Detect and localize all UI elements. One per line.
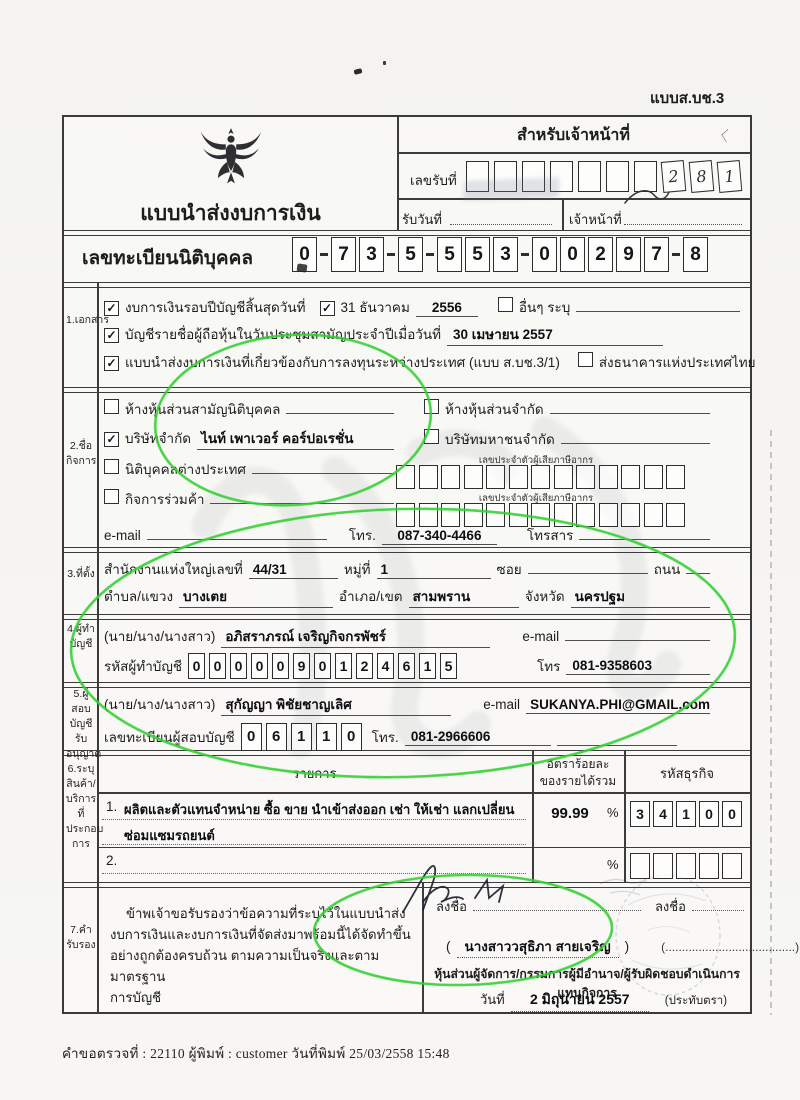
stray-pen-mark: 〈	[713, 124, 730, 146]
digit-box: 2	[356, 653, 373, 679]
digit-box: 5	[465, 237, 490, 272]
province-value: นครปฐม	[571, 585, 710, 608]
digit-box: 0	[532, 237, 557, 272]
s6-r1-pct-value: 99.99	[542, 805, 598, 822]
reg-group: 5	[398, 237, 426, 272]
digit-box	[722, 853, 742, 879]
reg-group: 8	[683, 237, 711, 272]
scan-edge-artifact	[770, 430, 772, 1015]
checkbox-other	[498, 297, 513, 312]
digit-box: 4	[653, 801, 673, 827]
certification-statement: ข้าพเจ้าขอรับรองว่าข้อความที่ระบุไว้ในแบ…	[110, 903, 412, 1008]
head-office-label: สำนักงานแห่งใหญ่เลขที่	[104, 558, 243, 580]
s2-left-row1: ห้างหุ้นส่วนสามัญนิติบุคคล	[104, 397, 394, 420]
digit-box: 1	[419, 653, 436, 679]
divider	[64, 230, 750, 236]
s6-r1-desc1: ผลิตและตัวแทนจำหน่าย ซื้อ ขาย นำเข้าส่งอ…	[124, 799, 514, 820]
officer-label: เจ้าหน้าที่	[569, 209, 622, 230]
digit-box: 6	[266, 723, 287, 751]
checkbox-public-company	[424, 429, 439, 444]
col-header-code: รหัสธุรกิจ	[624, 763, 750, 784]
digit-box: 0	[341, 723, 362, 751]
s1-row2: ✓ บัญชีรายชื่อผู้ถือหุ้นในวันประชุมสามัญ…	[104, 323, 740, 346]
divider	[397, 198, 750, 200]
soi-label: ซอย	[497, 558, 522, 580]
s2-left-row3: นิติบุคคลต่างประเทศ	[104, 457, 394, 480]
sign-line-2	[692, 895, 744, 911]
col-header-pct2: ของรายได้รวม	[532, 772, 624, 791]
col-header-item: รายการ	[97, 763, 532, 784]
fiscal-year-value: 2556	[416, 300, 478, 317]
tel-label: โทร	[537, 655, 560, 677]
email-label: e-mail	[104, 528, 141, 543]
digit-box: 1	[335, 653, 352, 679]
digit-box: 1	[316, 723, 337, 751]
s2-left-row2: ✓ บริษัทจำกัด ไนท์ เพาเวอร์ คอร์ปอเรชั่น	[104, 427, 394, 450]
stamp-note: (ประทับตรา)	[665, 992, 727, 1010]
digit-box: 3	[493, 237, 518, 272]
s5-row2: เลขทะเบียนผู้สอบบัญชี 06110 โทร. 081-296…	[104, 723, 710, 751]
dash	[672, 253, 680, 255]
s2-left-row4: กิจการร่วมค้า	[104, 487, 394, 510]
officer-signature	[622, 185, 672, 207]
digit-box: 9	[616, 237, 641, 272]
digit-box: 0	[314, 653, 331, 679]
dotted-line	[102, 844, 526, 845]
digit-box: 5	[440, 653, 457, 679]
s2-l2-text: บริษัทจำกัด	[125, 427, 191, 449]
checkbox-financial-statement: ✓	[104, 301, 119, 316]
s2-l1-line	[286, 397, 394, 414]
paren-close: )	[625, 939, 630, 954]
digit-box	[621, 465, 640, 489]
form-code: แบบส.บช.3	[650, 86, 724, 110]
tel-label: โทร.	[349, 524, 376, 546]
dash	[426, 253, 434, 255]
section4-label: 4.ผู้ทำ บัญชี	[66, 622, 96, 652]
bookkeeper-name-value: อภิสราภรณ์ เจริญกิจกรพัชร์	[221, 625, 490, 648]
tambon-label: ตำบล/แขวง	[104, 585, 173, 607]
auditor-reg-label: เลขทะเบียนผู้สอบบัญชี	[104, 726, 235, 748]
s6-r2-code-boxes	[630, 853, 745, 879]
receipt-no-label: เลขรับที่	[410, 169, 457, 191]
auditor-email-value: SUKANYA.PHI@GMAIL.com	[526, 697, 710, 714]
tel-label: โทร.	[372, 726, 399, 748]
divider	[97, 847, 750, 848]
checkbox-sbc31-form: ✓	[104, 356, 119, 371]
digit-box	[653, 853, 673, 879]
s2-l1-text: ห้างหุ้นส่วนสามัญนิติบุคคล	[125, 398, 280, 420]
email-line	[147, 523, 327, 540]
digit-box: 5	[437, 237, 462, 272]
checkbox-foreign-juristic	[104, 459, 119, 474]
digit-box: 2	[588, 237, 613, 272]
digit-box: 8	[689, 160, 715, 193]
checkbox-shareholder-list: ✓	[104, 328, 119, 343]
digit-box: 5	[398, 237, 423, 272]
dash	[521, 253, 529, 255]
s1-row1: ✓ งบการเงินรอบปีบัญชีสิ้นสุดวันที่ ✓ 31 …	[104, 295, 740, 318]
amphoe-value: สามพราน	[409, 585, 519, 608]
moo-value: 1	[377, 562, 491, 579]
digit-box	[599, 465, 618, 489]
soi-line	[528, 557, 648, 574]
s2-l4-line	[210, 487, 394, 504]
s2-r2-text: บริษัทมหาชนจำกัด	[445, 428, 555, 450]
digit-box: 0	[251, 653, 268, 679]
s7-date-row: วันที่ 2 มิถุนายน 2557 (ประทับตรา)	[480, 989, 744, 1012]
bookkeeper-tel-value: 081-9358603	[566, 658, 710, 675]
trailing-line	[557, 729, 677, 746]
s1-r1-text2: 31 ธันวาคม	[341, 296, 410, 318]
digit-box	[576, 465, 595, 489]
tax-id-boxes-1	[396, 465, 689, 489]
date-label: วันที่	[480, 989, 505, 1010]
print-footer: คำขอตรวจที่ : 22110 ผู้พิมพ์ : customer …	[62, 1042, 450, 1064]
tel-value: 087-340-4466	[382, 528, 497, 545]
road-label: ถนน	[654, 558, 681, 580]
registration-number: 0 73 5 553 00297 8	[292, 237, 711, 272]
dash	[387, 253, 395, 255]
s2-r2-line	[561, 427, 710, 444]
digit-box: 8	[683, 237, 708, 272]
digit-box	[699, 853, 719, 879]
digit-box	[441, 465, 460, 489]
checkbox-dec31: ✓	[320, 301, 335, 316]
road-line	[686, 557, 710, 574]
s2-l3-line	[252, 457, 394, 474]
s1-r2-text: บัญชีรายชื่อผู้ถือหุ้นในวันประชุมสามัญปร…	[125, 323, 441, 345]
digit-box	[666, 465, 685, 489]
digit-box: 0	[241, 723, 262, 751]
email-label: e-mail	[483, 697, 520, 712]
company-name-value: ไนท์ เพาเวอร์ คอร์ปอเรชั่น	[197, 427, 394, 450]
digit-box: 7	[331, 237, 356, 272]
s6-r1-code-boxes: 34100	[630, 801, 745, 827]
s5-row1: (นาย/นาง/นางสาว) สุกัญญา พิชัยชาญเลิศ e-…	[104, 693, 710, 716]
s6-r2-no: 2.	[106, 853, 117, 868]
digit-box: 0	[230, 653, 247, 679]
digit-box	[676, 853, 696, 879]
digit-box: 4	[377, 653, 394, 679]
auditor-reg-boxes: 06110	[241, 723, 366, 751]
s1-r1-text3: อื่นๆ ระบุ	[519, 296, 570, 318]
s2-r1-line	[550, 397, 710, 414]
date-value: 2 มิถุนายน 2557	[511, 989, 649, 1012]
auditor-name-value: สุกัญญา พิชัยชาญเลิศ	[221, 693, 451, 716]
officer-sign-line	[624, 209, 742, 225]
bookkeeper-code-boxes: 0000090124615	[188, 653, 461, 679]
registration-label: เลขทะเบียนนิติบุคคล	[82, 243, 253, 273]
digit-box: 0	[188, 653, 205, 679]
s3-row2: ตำบล/แขวง บางเตย อำเภอ/เขต สามพราน จังหว…	[104, 585, 710, 608]
checkbox-registered-partnership	[104, 399, 119, 414]
address-no-value: 44/31	[249, 562, 338, 579]
digit-box	[531, 465, 550, 489]
receive-date-label: รับวันที่	[402, 209, 442, 230]
for-officer-label: สำหรับเจ้าหน้าที่	[397, 123, 750, 148]
ink-blot	[296, 263, 307, 272]
pct-sign: %	[607, 805, 619, 820]
dash	[320, 253, 328, 255]
blank-paren: (.......................................…	[661, 940, 799, 954]
faint-stamp	[463, 177, 561, 200]
section3-label: 3.ที่ตั้ง	[66, 567, 96, 582]
auditor-tel-value: 081-2966606	[405, 729, 551, 746]
digit-box: 0	[272, 653, 289, 679]
province-label: จังหวัด	[525, 585, 565, 607]
digit-box	[396, 465, 415, 489]
digit-box: 0	[722, 801, 742, 827]
checkbox-send-bot	[578, 352, 593, 367]
name-prefix: (นาย/นาง/นางสาว)	[104, 693, 215, 715]
pct-sign: %	[607, 857, 619, 872]
section7-label: 7.คำ รับรอง	[66, 923, 96, 953]
digit-box: 6	[398, 653, 415, 679]
digit-box	[464, 465, 483, 489]
scan-speck	[353, 68, 362, 75]
s2-right-row1: ห้างหุ้นส่วนจำกัด	[424, 397, 710, 420]
s3-row1: สำนักงานแห่งใหญ่เลขที่ 44/31 หมู่ที่ 1 ซ…	[104, 557, 710, 580]
s4-row2: รหัสผู้ทำบัญชี 0000090124615 โทร 081-935…	[104, 653, 710, 679]
section1-label: 1.เอกสาร	[66, 313, 96, 328]
divider	[64, 282, 750, 288]
digit-box	[578, 161, 601, 192]
s6-r1-no: 1.	[106, 799, 117, 814]
s2-l3-text: นิติบุคคลต่างประเทศ	[125, 458, 246, 480]
amphoe-label: อำเภอ/เขต	[339, 585, 403, 607]
digit-box: 1	[291, 723, 312, 751]
paren-open: (	[446, 939, 451, 954]
s2-contact-row: e-mail โทร. 087-340-4466 โทรสาร	[104, 523, 710, 546]
divider	[64, 682, 750, 688]
digit-box	[509, 465, 528, 489]
s2-right-row2: บริษัทมหาชนจำกัด	[424, 427, 710, 450]
digit-box: 3	[630, 801, 650, 827]
divider	[562, 198, 564, 230]
receive-date-line	[450, 209, 552, 225]
s1-r3-text: แบบนำส่งงบการเงินที่เกี่ยวข้องกับการลงทุ…	[125, 351, 560, 373]
name-prefix: (นาย/นาง/นางสาว)	[104, 625, 215, 647]
digit-box	[630, 853, 650, 879]
moo-label: หมู่ที่	[344, 558, 371, 580]
form-title: แบบนำส่งงบการเงิน	[64, 197, 397, 230]
meeting-date-value: 30 เมษายน 2557	[447, 323, 663, 346]
garuda-emblem	[192, 121, 270, 195]
digit-box: 0	[560, 237, 585, 272]
divider	[64, 387, 750, 393]
divider	[397, 152, 750, 154]
scan-speck	[383, 61, 386, 65]
digit-box	[486, 465, 505, 489]
reg-group: 00297	[532, 237, 672, 272]
digit-box: 1	[717, 160, 743, 193]
bookkeeper-email-line	[565, 624, 710, 641]
s7-name-row: ( นางสาววสุธิภา สายเจริญ ) (............…	[446, 935, 744, 958]
digit-box: 7	[644, 237, 669, 272]
divider	[64, 547, 750, 553]
tambon-value: บางเตย	[179, 585, 333, 608]
signer-name-value: นางสาววสุธิภา สายเจริญ	[457, 935, 619, 958]
digit-box	[419, 465, 438, 489]
sign-label-2: ลงชื่อ	[655, 896, 686, 917]
checkbox-joint-venture	[104, 489, 119, 504]
digit-box: 9	[293, 653, 310, 679]
s4-row1: (นาย/นาง/นางสาว) อภิสราภรณ์ เจริญกิจกรพั…	[104, 624, 710, 648]
section6-label: 6.ระบุ สินค้า/ บริการที่ ประกอบ การ	[66, 762, 96, 852]
reg-group: 553	[437, 237, 521, 272]
section2-label: 2.ชื่อ กิจการ	[66, 439, 96, 469]
digit-box: 1	[676, 801, 696, 827]
fax-line	[579, 523, 710, 540]
s2-l4-text: กิจการร่วมค้า	[125, 488, 204, 510]
divider	[64, 614, 750, 620]
s1-r1-text: งบการเงินรอบปีบัญชีสิ้นสุดวันที่	[125, 296, 306, 318]
digit-box: 0	[209, 653, 226, 679]
s1-row3: ✓ แบบนำส่งงบการเงินที่เกี่ยวข้องกับการลง…	[104, 351, 740, 373]
checkbox-company-limited: ✓	[104, 432, 119, 447]
digit-box	[554, 465, 573, 489]
s1-r3-text2: ส่งธนาคารแห่งประเทศไทย	[599, 351, 756, 373]
checkbox-limited-partnership	[424, 399, 439, 414]
s6-r1-desc2: ซ่อมแซมรถยนต์	[124, 825, 215, 846]
reg-group: 73	[331, 237, 387, 272]
director-signature	[395, 862, 530, 920]
dotted-line	[102, 819, 526, 820]
divider	[97, 792, 750, 794]
email-label: e-mail	[522, 629, 559, 644]
digit-box	[644, 465, 663, 489]
digit-box: 0	[699, 801, 719, 827]
bookkeeper-code-label: รหัสผู้ทำบัญชี	[104, 655, 182, 677]
digit-box: 3	[359, 237, 384, 272]
section5-label: 5.ผู้สอบ บัญชีรับ อนุญาต	[66, 687, 96, 762]
fax-label: โทรสาร	[527, 524, 573, 546]
other-specify-line	[576, 295, 740, 312]
s2-r1-text: ห้างหุ้นส่วนจำกัด	[445, 398, 544, 420]
